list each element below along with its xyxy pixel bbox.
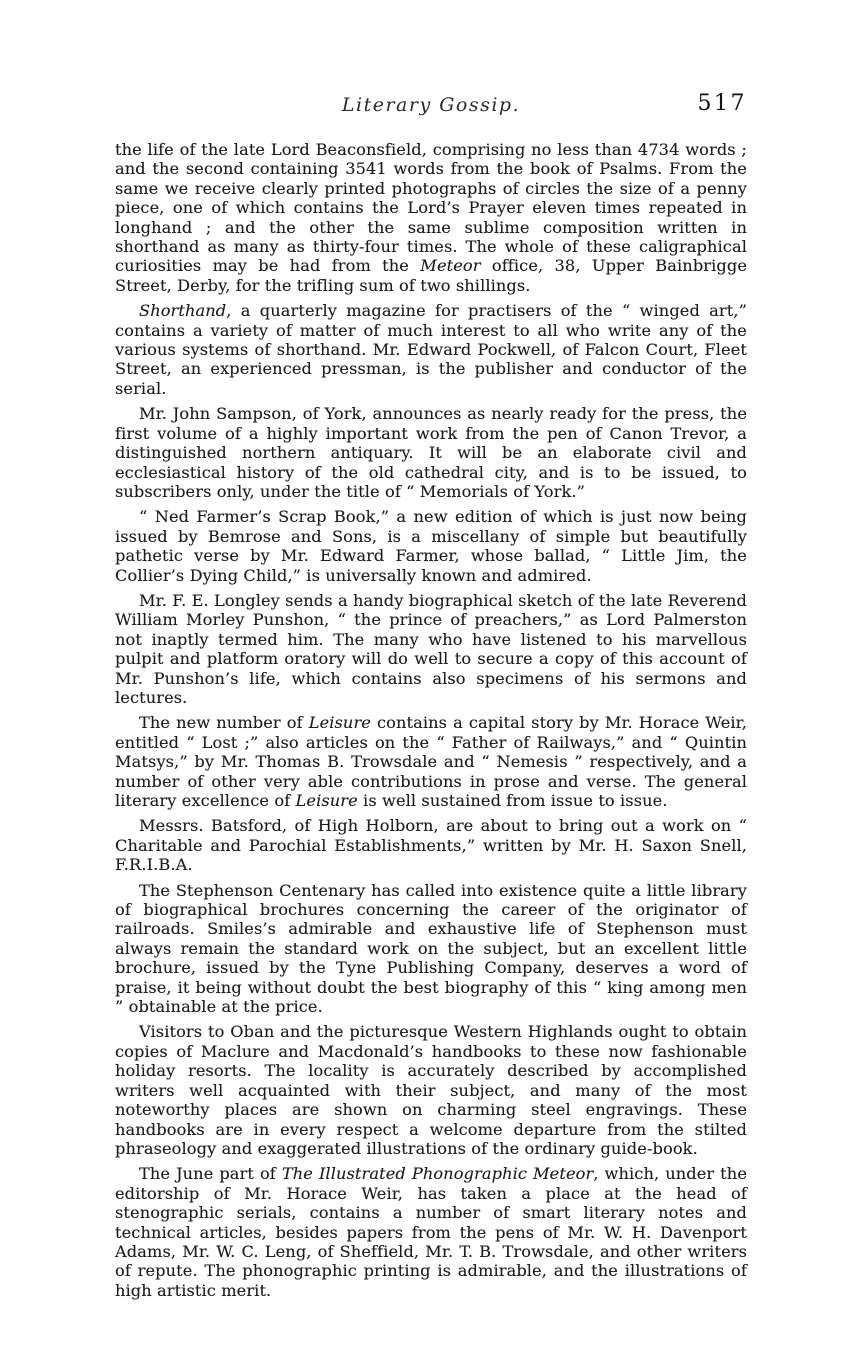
text-segment: Mr. F. E. Longley sends a handy biograph… xyxy=(115,591,747,707)
italic-text-segment: Meteor xyxy=(420,256,480,275)
paragraph: Messrs. Batsford, of High Holborn, are a… xyxy=(115,816,747,874)
scanned-page: Literary Gossip. 517 the life of the lat… xyxy=(0,0,861,1367)
paragraph: the life of the late Lord Beaconsfield, … xyxy=(115,140,747,295)
text-segment: The June part of xyxy=(139,1164,282,1183)
text-segment: The Stephenson Centenary has called into… xyxy=(115,881,747,1016)
paragraph: Mr. John Sampson, of York, announces as … xyxy=(115,404,747,501)
page-number: 517 xyxy=(698,91,748,116)
article-body: the life of the late Lord Beaconsfield, … xyxy=(115,140,747,1306)
paragraph: The new number of Leisure contains a cap… xyxy=(115,713,747,810)
text-segment: Mr. John Sampson, of York, announces as … xyxy=(115,404,747,501)
italic-text-segment: Leisure xyxy=(296,791,358,810)
text-segment: The new number of xyxy=(139,713,309,732)
running-title: Literary Gossip. xyxy=(115,94,747,116)
paragraph: “ Ned Farmer’s Scrap Book,” a new editio… xyxy=(115,507,747,585)
page-header: Literary Gossip. 517 xyxy=(115,94,747,126)
text-segment: the life of the late Lord Beaconsfield, … xyxy=(115,140,747,275)
text-segment: Messrs. Batsford, of High Holborn, are a… xyxy=(115,816,747,874)
paragraph: The Stephenson Centenary has called into… xyxy=(115,881,747,1017)
text-segment: is well sustained from issue to issue. xyxy=(358,791,668,810)
text-segment: , which, under the editorship of Mr. Hor… xyxy=(115,1164,747,1299)
paragraph: Mr. F. E. Longley sends a handy biograph… xyxy=(115,591,747,707)
text-segment: “ Ned Farmer’s Scrap Book,” a new editio… xyxy=(115,507,747,584)
paragraph: Shorthand, a quarterly magazine for prac… xyxy=(115,301,747,398)
italic-text-segment: The Illustrated Phonographic Meteor xyxy=(282,1164,593,1183)
italic-text-segment: Shorthand xyxy=(139,301,226,320)
text-segment: Visitors to Oban and the picturesque Wes… xyxy=(115,1022,747,1157)
paragraph: Visitors to Oban and the picturesque Wes… xyxy=(115,1022,747,1158)
paragraph: The June part of The Illustrated Phonogr… xyxy=(115,1164,747,1300)
italic-text-segment: Leisure xyxy=(309,713,371,732)
